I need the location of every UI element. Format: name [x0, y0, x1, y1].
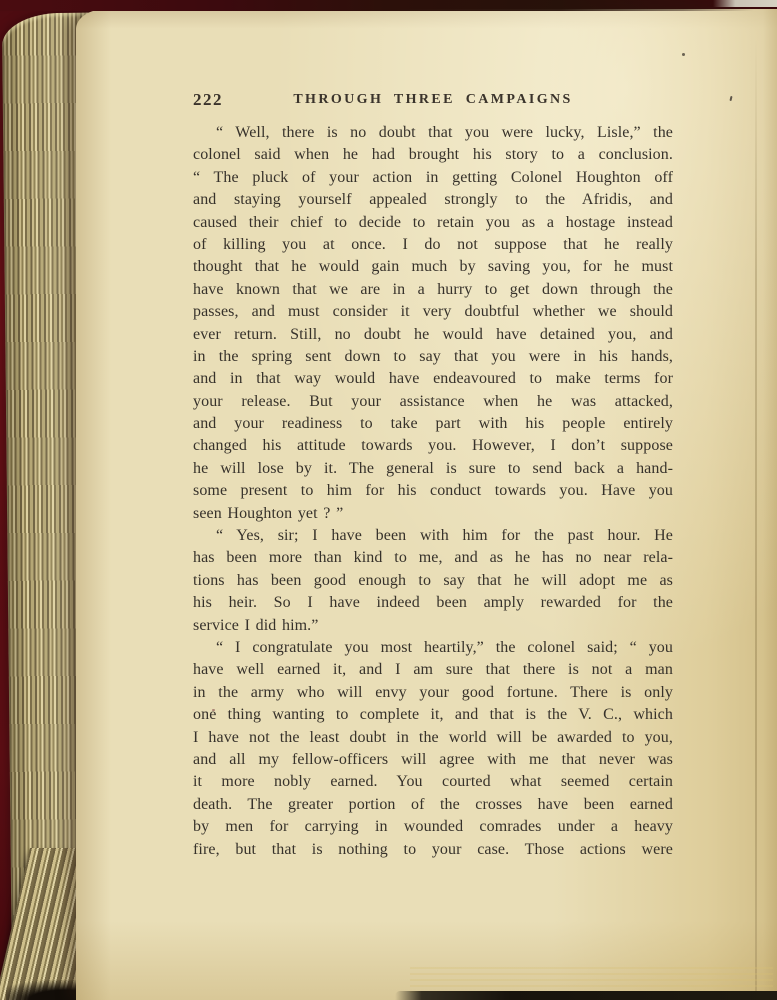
dust-speck [729, 96, 732, 101]
bottom-page-edge-lines [410, 967, 773, 993]
top-gutter-shadow [0, 0, 777, 11]
text-line: fire, but that is nothing to your case. … [193, 839, 673, 861]
text-line: tions has been good enough to say that h… [193, 570, 673, 592]
text-line: your release. But your assistance when h… [193, 391, 673, 413]
paragraph: “ Yes, sir; I have been with him for the… [193, 525, 673, 637]
text-line: his heir. So I have indeed been amply re… [193, 592, 673, 614]
text-line: passes, and must consider it very doubtf… [193, 301, 673, 323]
text-line: in the army who will envy your good fort… [193, 682, 673, 704]
text-line: caused their chief to decide to retain y… [193, 212, 673, 234]
text-line: colonel said when he had brought his sto… [193, 144, 673, 166]
running-title: THROUGH THREE CAMPAIGNS [193, 90, 673, 108]
text-line: it more nobly earned. You courted what s… [193, 771, 673, 793]
text-line: has been more than kind to me, and as he… [193, 547, 673, 569]
text-line: “ I congratulate you most heartily,” the… [193, 637, 673, 659]
text-line: have well earned it, and I am sure that … [193, 659, 673, 681]
text-block: “ Well, there is no doubt that you were … [193, 122, 673, 861]
text-line: “ Well, there is no doubt that you were … [193, 122, 673, 144]
text-line: he will lose by it. The general is sure … [193, 458, 673, 480]
page-right-edge-tint [763, 9, 777, 1000]
text-line: I have not the least doubt in the world … [193, 727, 673, 749]
text-line: changed his attitude towards you. Howeve… [193, 435, 673, 457]
text-line: ever return. Still, no doubt he would ha… [193, 324, 673, 346]
text-line: thought that he would gain much by savin… [193, 256, 673, 278]
text-line: and your readiness to take part with his… [193, 413, 673, 435]
text-line: and staying yourself appealed strongly t… [193, 189, 673, 211]
paragraph: “ Well, there is no doubt that you were … [193, 122, 673, 525]
text-line: of killing you at once. I do not suppose… [193, 234, 673, 256]
text-line: some present to him for his conduct towa… [193, 480, 673, 502]
text-line: and in that way would have endeavoured t… [193, 368, 673, 390]
dust-speck [682, 53, 685, 56]
text-line: “ The pluck of your action in getting Co… [193, 167, 673, 189]
top-corner-page-edge [713, 0, 777, 7]
text-line: by men for carrying in wounded comrades … [193, 816, 673, 838]
text-line: have known that we are in a hurry to get… [193, 279, 673, 301]
page-header: 222 THROUGH THREE CAMPAIGNS [193, 90, 673, 110]
page-right-crease [755, 39, 757, 1000]
text-line: service I did him.” [193, 615, 673, 637]
text-line: death. The greater portion of the crosse… [193, 794, 673, 816]
text-line: “ Yes, sir; I have been with him for the… [193, 525, 673, 547]
text-line: one thing wanting to complete it, and th… [193, 704, 673, 726]
page-number: 222 [193, 90, 223, 110]
book-photo: 222 THROUGH THREE CAMPAIGNS “ Well, ther… [0, 0, 777, 1000]
paragraph: “ I congratulate you most heartily,” the… [193, 637, 673, 861]
text-line: in the spring sent down to say that you … [193, 346, 673, 368]
bottom-page-edge-shadow [395, 991, 777, 1000]
text-line: seen Houghton yet ? ” [193, 503, 673, 525]
text-line: and all my fellow-officers will agree wi… [193, 749, 673, 771]
